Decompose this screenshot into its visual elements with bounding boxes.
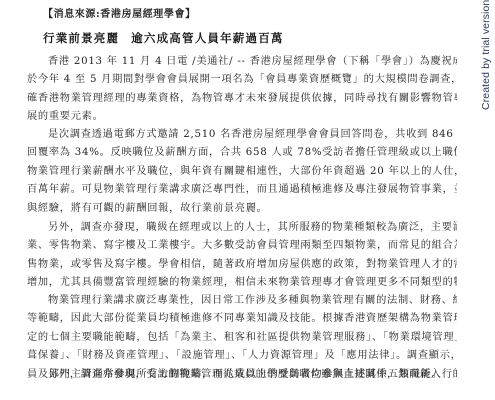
news-source-label: 【消息來源:香港房屋經理學會】	[43, 5, 196, 20]
paragraph-line: 等範疇，因此大部份從業員均積極進修不同專業知識及技能。根據香港資歷架構為物業管理…	[27, 310, 457, 328]
paragraph-line: 售物業，或零售及寫字樓。學會相信，隨著政府增加房屋供應的政策，對物業管理人才的需…	[27, 256, 457, 274]
paragraph-line: 定的七個主要職能範疇，包括「為業主、租客和社區提供物業管理服務」、「物業環境管理…	[27, 329, 457, 347]
headline-part-2: 逾六成高管人員年薪過百萬	[131, 31, 283, 45]
paragraph-2: 是次調查透過電郵方式邀請 2,510 名香港房屋經理學會會員回答問卷，共收到 8…	[27, 126, 457, 218]
watermark-text: Created by trial version of 2J	[480, 0, 492, 110]
paragraph-line: 於今年 4 至 5 月期間對學會會員展開一項名為「會員專業資歷概覽」的大規模問卷…	[27, 71, 457, 89]
paragraph-line: 香港 2013 年 11 月 4 日電 /美通社/ -- 香港房屋經理學會（下稱…	[27, 53, 457, 71]
headline: 行業前景亮麗逾六成高管人員年薪過百萬	[43, 30, 284, 46]
paragraph-line: 業、零售物業、寫字樓及工業樓宇。大多數受訪會員管理兩類至四類物業，而常見的組合為…	[27, 237, 457, 255]
paragraph-line: 增加，尤其具備豐富管理經驗的物業經理，相信未來物業管理專才會管理更多不同類型的物…	[27, 274, 457, 292]
paragraph-line: 是次調查透過電郵方式邀請 2,510 名香港房屋經理學會會員回答問卷，共收到 8…	[27, 126, 457, 144]
paragraph-line: 另外，調查亦發現，受訪的物業管理從業員的學歷與職位雖無直接關係，然而新入行的年輕…	[27, 366, 457, 384]
paragraph-line: 葺保養」、「財務及資產管理」、「設施管理」、「人力資源管理」及「應用法律」。調查…	[27, 347, 457, 365]
document-page: 【消息來源:香港房屋經理學會】 行業前景亮麗逾六成高管人員年薪過百萬 香港 20…	[0, 0, 495, 400]
trial-watermark: Created by trial version of 2J	[478, 0, 492, 140]
paragraph-line: 確香港物業管理經理的專業資格，為物管專才未來發展提供依據，同時尋找有關影響物管專…	[27, 90, 457, 108]
headline-part-1: 行業前景亮麗	[43, 31, 119, 45]
paragraph-line: 與經驗，將有可觀的薪酬回報，故行業前景亮麗。	[27, 200, 457, 218]
paragraph-5: 另外，調查亦發現，受訪的物業管理從業員的學歷與職位雖無直接關係，然而新入行的年輕…	[27, 366, 457, 384]
paragraph-line: 展的重要元素。	[27, 108, 457, 126]
paragraph-line: 回覆率為 34%。反映職位及薪酬方面，合共 658 人或 78%受訪者擔任管理級…	[27, 144, 457, 162]
paragraph-1: 香港 2013 年 11 月 4 日電 /美通社/ -- 香港房屋經理學會（下稱…	[27, 53, 457, 127]
paragraph-line: 物業管理行業薪酬水平及職位，與年資有關鍵相連性，大部份年資超過 20 年以上的人…	[27, 163, 457, 181]
paragraph-line: 另外，調查亦發現，職級在經理或以上的人士，其所服務的物業種類較為廣泛，主要涵蓋住…	[27, 219, 457, 237]
paragraph-line: 百萬年薪。可見物業管理行業講求廣泛專門性，而且通過積極進修及專注發展物管事業，並…	[27, 181, 457, 199]
paragraph-3: 另外，調查亦發現，職級在經理或以上的人士，其所服務的物業種類較為廣泛，主要涵蓋住…	[27, 219, 457, 293]
paragraph-line: 物業管理行業講求廣泛專業性，因日常工作涉及多種與物業管理有關的法制、財務、維修及…	[27, 292, 457, 310]
